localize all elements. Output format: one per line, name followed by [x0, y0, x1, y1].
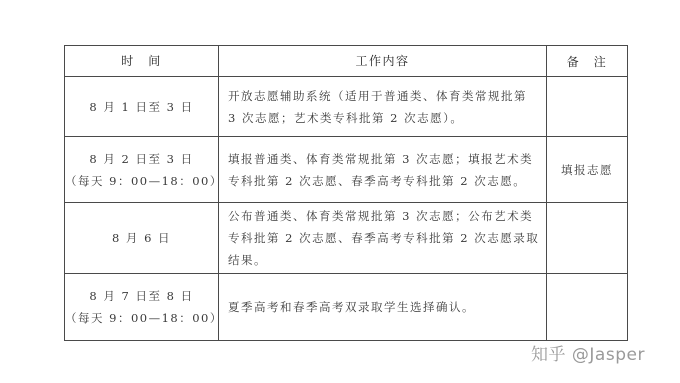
- time-hours: （每天 9：00—18：00）: [65, 170, 218, 192]
- table-header-row: 时 间 工作内容 备 注: [65, 46, 628, 77]
- table-row: 8 月 7 日至 8 日 （每天 9：00—18：00） 夏季高考和春季高考双录…: [65, 274, 628, 341]
- content-text: 开放志愿辅助系统（适用于普通类、体育类常规批第: [228, 85, 546, 107]
- watermark: 知乎 @Jasper: [531, 340, 645, 365]
- note-cell: [547, 77, 628, 137]
- content-text: 专科批第 2 次志愿、春季高考专科批第 2 次志愿。: [228, 170, 546, 192]
- note-cell: [547, 274, 628, 341]
- content-text: 公布普通类、体育类常规批第 3 次志愿；公布艺术类: [228, 205, 546, 227]
- time-text: 8 月 1 日至 3 日: [65, 96, 218, 118]
- header-content: 工作内容: [219, 46, 547, 77]
- table-row: 8 月 6 日 公布普通类、体育类常规批第 3 次志愿；公布艺术类 专科批第 2…: [65, 203, 628, 274]
- note-cell: 填报志愿: [547, 137, 628, 203]
- header-time: 时 间: [65, 46, 219, 77]
- time-text: 8 月 7 日至 8 日: [65, 285, 218, 307]
- time-cell: 8 月 1 日至 3 日: [65, 77, 219, 137]
- content-text: 夏季高考和春季高考双录取学生选择确认。: [228, 296, 546, 318]
- content-text: 3 次志愿；艺术类专科批第 2 次志愿）。: [228, 107, 546, 129]
- content-cell: 开放志愿辅助系统（适用于普通类、体育类常规批第 3 次志愿；艺术类专科批第 2 …: [219, 77, 547, 137]
- content-text: 填报普通类、体育类常规批第 3 次志愿；填报艺术类: [228, 148, 546, 170]
- time-cell: 8 月 2 日至 3 日 （每天 9：00—18：00）: [65, 137, 219, 203]
- schedule-table: 时 间 工作内容 备 注 8 月 1 日至 3 日 开放志愿辅助系统（适用于普通…: [64, 45, 628, 341]
- note-cell: [547, 203, 628, 274]
- table-row: 8 月 2 日至 3 日 （每天 9：00—18：00） 填报普通类、体育类常规…: [65, 137, 628, 203]
- header-note: 备 注: [547, 46, 628, 77]
- content-cell: 夏季高考和春季高考双录取学生选择确认。: [219, 274, 547, 341]
- content-cell: 公布普通类、体育类常规批第 3 次志愿；公布艺术类 专科批第 2 次志愿、春季高…: [219, 203, 547, 274]
- content-text: 结果。: [228, 249, 546, 271]
- time-text: 8 月 6 日: [65, 227, 218, 249]
- time-text: 8 月 2 日至 3 日: [65, 148, 218, 170]
- table-row: 8 月 1 日至 3 日 开放志愿辅助系统（适用于普通类、体育类常规批第 3 次…: [65, 77, 628, 137]
- content-text: 专科批第 2 次志愿、春季高考专科批第 2 次志愿录取: [228, 227, 546, 249]
- time-hours: （每天 9：00—18：00）: [65, 307, 218, 329]
- time-cell: 8 月 7 日至 8 日 （每天 9：00—18：00）: [65, 274, 219, 341]
- time-cell: 8 月 6 日: [65, 203, 219, 274]
- content-cell: 填报普通类、体育类常规批第 3 次志愿；填报艺术类 专科批第 2 次志愿、春季高…: [219, 137, 547, 203]
